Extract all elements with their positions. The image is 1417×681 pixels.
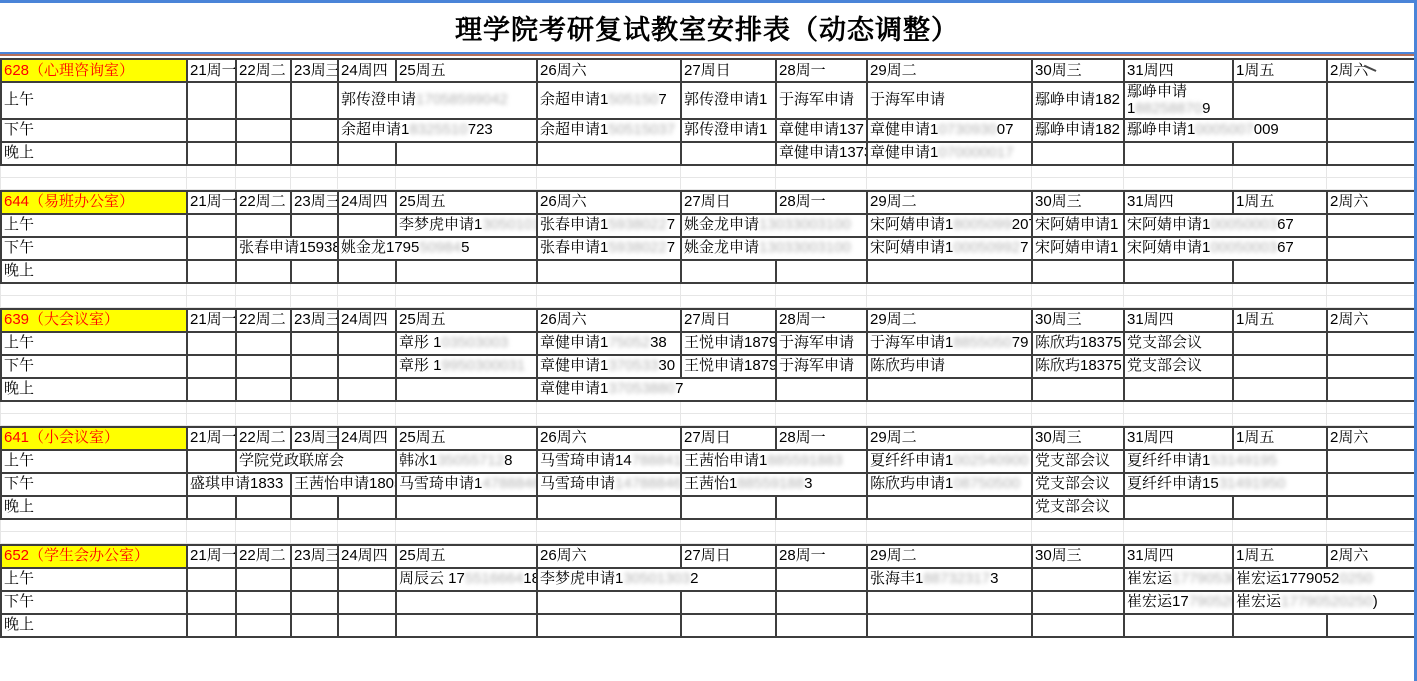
schedule-cell[interactable]	[187, 82, 236, 119]
room-name-cell[interactable]: 639（大会议室）	[1, 309, 187, 332]
schedule-cell[interactable]: 于海军申请1885505079	[867, 332, 1032, 355]
empty-grid-cell[interactable]	[776, 413, 867, 425]
empty-grid-cell[interactable]	[537, 284, 681, 296]
empty-grid-cell[interactable]	[1032, 531, 1124, 543]
day-header-cell[interactable]: 21周一	[187, 59, 236, 82]
day-header-cell[interactable]: 29周二	[867, 545, 1032, 568]
schedule-cell[interactable]: 鄢峥申请182	[1032, 119, 1124, 142]
empty-grid-cell[interactable]	[867, 413, 1032, 425]
day-header-cell[interactable]: 31周四	[1124, 309, 1233, 332]
schedule-cell[interactable]: 姚金龙1795509845	[338, 237, 537, 260]
day-header-cell[interactable]: 31周四	[1124, 191, 1233, 214]
schedule-cell[interactable]	[338, 142, 396, 165]
empty-grid-cell[interactable]	[1327, 295, 1415, 307]
empty-grid-cell[interactable]	[236, 520, 291, 532]
schedule-cell[interactable]	[1124, 260, 1233, 283]
schedule-cell[interactable]	[338, 214, 396, 237]
schedule-cell[interactable]: 宋阿婧申请18005099207	[867, 214, 1032, 237]
time-row-label[interactable]: 晚上	[1, 614, 187, 637]
day-header-cell[interactable]: 1周五	[1233, 309, 1327, 332]
schedule-cell[interactable]	[681, 496, 776, 519]
day-header-cell[interactable]: 24周四	[338, 309, 396, 332]
schedule-cell[interactable]	[396, 260, 537, 283]
schedule-cell[interactable]: 党支部会议	[1124, 332, 1233, 355]
empty-grid-cell[interactable]	[681, 177, 776, 189]
empty-grid-cell[interactable]	[776, 520, 867, 532]
schedule-cell[interactable]: 张春申请15938	[236, 237, 338, 260]
empty-grid-cell[interactable]	[1233, 402, 1327, 414]
empty-grid-cell[interactable]	[236, 177, 291, 189]
day-header-cell[interactable]: 22周二	[236, 191, 291, 214]
empty-grid-cell[interactable]	[1327, 177, 1415, 189]
schedule-cell[interactable]: 章健申请17505238	[537, 332, 681, 355]
schedule-cell[interactable]	[291, 214, 338, 237]
day-header-cell[interactable]: 31周四	[1124, 59, 1233, 82]
time-row-label[interactable]: 晚上	[1, 378, 187, 401]
schedule-cell[interactable]: 宋阿婧申请1	[1032, 237, 1124, 260]
empty-grid-cell[interactable]	[776, 166, 867, 178]
schedule-cell[interactable]	[291, 82, 338, 119]
schedule-cell[interactable]: 夏纤纤申请153149195	[1124, 450, 1327, 473]
day-header-cell[interactable]: 23周三	[291, 427, 338, 450]
empty-grid-cell[interactable]	[1032, 413, 1124, 425]
day-header-cell[interactable]: 23周三	[291, 309, 338, 332]
time-row-label[interactable]: 下午	[1, 473, 187, 496]
schedule-cell[interactable]	[338, 568, 396, 591]
empty-grid-cell[interactable]	[1327, 520, 1415, 532]
empty-grid-cell[interactable]	[291, 284, 338, 296]
schedule-cell[interactable]	[537, 591, 681, 614]
schedule-cell[interactable]	[1124, 142, 1233, 165]
empty-grid-cell[interactable]	[537, 413, 681, 425]
schedule-cell[interactable]: 盛琪申请1833	[187, 473, 291, 496]
schedule-cell[interactable]	[1327, 142, 1415, 165]
empty-grid-cell[interactable]	[1, 531, 187, 543]
empty-grid-cell[interactable]	[1327, 166, 1415, 178]
schedule-cell[interactable]	[1327, 119, 1415, 142]
schedule-cell[interactable]: 余超申请150515037	[537, 119, 681, 142]
schedule-cell[interactable]: 于海军申请	[776, 82, 867, 119]
schedule-cell[interactable]	[1327, 473, 1415, 496]
empty-grid-cell[interactable]	[867, 166, 1032, 178]
day-header-cell[interactable]: 25周五	[396, 427, 537, 450]
empty-grid-cell[interactable]	[1233, 177, 1327, 189]
empty-grid-cell[interactable]	[1, 413, 187, 425]
empty-grid-cell[interactable]	[1032, 295, 1124, 307]
schedule-cell[interactable]	[1233, 82, 1327, 119]
empty-grid-cell[interactable]	[338, 531, 396, 543]
day-header-cell[interactable]: 23周三	[291, 545, 338, 568]
schedule-cell[interactable]: 章健申请137	[776, 119, 867, 142]
schedule-cell[interactable]: 夏纤纤申请1531491950	[1124, 473, 1327, 496]
day-header-cell[interactable]: 27周日	[681, 309, 776, 332]
schedule-cell[interactable]	[1327, 614, 1415, 637]
empty-grid-cell[interactable]	[396, 295, 537, 307]
day-header-cell[interactable]: 30周三	[1032, 59, 1124, 82]
empty-grid-cell[interactable]	[1032, 402, 1124, 414]
schedule-cell[interactable]: 崔宏运177905202	[1124, 591, 1233, 614]
schedule-cell[interactable]	[776, 260, 867, 283]
schedule-cell[interactable]	[291, 355, 338, 378]
empty-grid-cell[interactable]	[291, 413, 338, 425]
schedule-cell[interactable]	[291, 378, 338, 401]
schedule-cell[interactable]: 张海丰1887323173	[867, 568, 1032, 591]
schedule-cell[interactable]	[681, 591, 776, 614]
schedule-cell[interactable]: 王茜怡1885591883	[681, 473, 867, 496]
schedule-cell[interactable]: 陈欣玙18375	[1032, 355, 1124, 378]
schedule-cell[interactable]	[681, 260, 776, 283]
empty-grid-cell[interactable]	[338, 295, 396, 307]
empty-grid-cell[interactable]	[187, 284, 236, 296]
empty-grid-cell[interactable]	[681, 166, 776, 178]
empty-grid-cell[interactable]	[1124, 402, 1233, 414]
schedule-cell[interactable]	[776, 614, 867, 637]
schedule-cell[interactable]: 鄢峥申请182	[1032, 82, 1124, 119]
schedule-cell[interactable]: 章彤 19950300031	[396, 355, 537, 378]
schedule-cell[interactable]	[776, 568, 867, 591]
empty-grid-cell[interactable]	[187, 295, 236, 307]
schedule-cell[interactable]: 于海军申请	[867, 82, 1032, 119]
schedule-cell[interactable]	[1124, 614, 1233, 637]
day-header-cell[interactable]: 24周四	[338, 427, 396, 450]
empty-grid-cell[interactable]	[1233, 166, 1327, 178]
day-header-cell[interactable]: 22周二	[236, 545, 291, 568]
day-header-cell[interactable]: 29周二	[867, 309, 1032, 332]
empty-grid-cell[interactable]	[236, 413, 291, 425]
schedule-cell[interactable]	[187, 450, 236, 473]
empty-grid-cell[interactable]	[1032, 520, 1124, 532]
empty-grid-cell[interactable]	[1233, 531, 1327, 543]
schedule-cell[interactable]: 余超申请18325510723	[338, 119, 537, 142]
empty-grid-cell[interactable]	[1, 177, 187, 189]
time-row-label[interactable]: 下午	[1, 591, 187, 614]
schedule-cell[interactable]	[236, 332, 291, 355]
schedule-cell[interactable]	[396, 142, 537, 165]
day-header-cell[interactable]: 22周二	[236, 427, 291, 450]
schedule-cell[interactable]: 宋阿婧申请1000509927	[867, 237, 1032, 260]
empty-grid-cell[interactable]	[236, 531, 291, 543]
empty-grid-cell[interactable]	[187, 520, 236, 532]
schedule-cell[interactable]	[1032, 614, 1124, 637]
day-header-cell[interactable]: 30周三	[1032, 309, 1124, 332]
schedule-cell[interactable]	[291, 260, 338, 283]
schedule-cell[interactable]	[187, 237, 236, 260]
schedule-cell[interactable]	[1327, 496, 1415, 519]
schedule-cell[interactable]	[396, 496, 537, 519]
schedule-cell[interactable]	[867, 614, 1032, 637]
empty-grid-cell[interactable]	[776, 531, 867, 543]
schedule-cell[interactable]: 李梦虎申请130501012	[396, 214, 537, 237]
schedule-cell[interactable]	[236, 119, 291, 142]
day-header-cell[interactable]: 24周四	[338, 545, 396, 568]
empty-grid-cell[interactable]	[338, 166, 396, 178]
empty-grid-cell[interactable]	[1, 166, 187, 178]
empty-grid-cell[interactable]	[338, 402, 396, 414]
empty-grid-cell[interactable]	[537, 520, 681, 532]
schedule-cell[interactable]: 周辰云 17551666418	[396, 568, 537, 591]
schedule-cell[interactable]	[338, 332, 396, 355]
schedule-cell[interactable]	[396, 614, 537, 637]
schedule-cell[interactable]	[236, 591, 291, 614]
day-header-cell[interactable]: 25周五	[396, 309, 537, 332]
schedule-cell[interactable]	[187, 591, 236, 614]
schedule-cell[interactable]	[187, 614, 236, 637]
schedule-cell[interactable]: 崔宏运17790520250)	[1233, 591, 1415, 614]
day-header-cell[interactable]: 27周日	[681, 545, 776, 568]
empty-grid-cell[interactable]	[1327, 402, 1415, 414]
empty-grid-cell[interactable]	[1, 295, 187, 307]
empty-grid-cell[interactable]	[537, 531, 681, 543]
day-header-cell[interactable]: 31周四	[1124, 427, 1233, 450]
day-header-cell[interactable]: 31周四	[1124, 545, 1233, 568]
schedule-cell[interactable]: 姚金龙申请13033003100	[681, 237, 867, 260]
time-row-label[interactable]: 上午	[1, 450, 187, 473]
schedule-cell[interactable]: 郭传澄申请1	[681, 119, 776, 142]
day-header-cell[interactable]: 25周五	[396, 191, 537, 214]
schedule-cell[interactable]	[291, 568, 338, 591]
schedule-cell[interactable]	[537, 142, 681, 165]
schedule-cell[interactable]	[1327, 378, 1415, 401]
schedule-cell[interactable]	[236, 614, 291, 637]
schedule-cell[interactable]: 宋阿婧申请10005000367	[1124, 214, 1327, 237]
empty-grid-cell[interactable]	[867, 531, 1032, 543]
empty-grid-cell[interactable]	[396, 284, 537, 296]
schedule-cell[interactable]	[338, 614, 396, 637]
day-header-cell[interactable]: 25周五	[396, 545, 537, 568]
schedule-cell[interactable]	[187, 568, 236, 591]
schedule-cell[interactable]: 党支部会议	[1124, 355, 1233, 378]
empty-grid-cell[interactable]	[291, 531, 338, 543]
day-header-cell[interactable]: 24周四	[338, 191, 396, 214]
schedule-cell[interactable]	[1327, 82, 1415, 119]
empty-grid-cell[interactable]	[1124, 413, 1233, 425]
empty-grid-cell[interactable]	[236, 284, 291, 296]
schedule-cell[interactable]: 郭传澄申请1	[681, 82, 776, 119]
empty-grid-cell[interactable]	[291, 177, 338, 189]
schedule-cell[interactable]	[1032, 378, 1124, 401]
schedule-cell[interactable]: 崔宏运17790530	[1124, 568, 1233, 591]
time-row-label[interactable]: 晚上	[1, 142, 187, 165]
schedule-cell[interactable]: 章彤 103503003	[396, 332, 537, 355]
empty-grid-cell[interactable]	[681, 520, 776, 532]
day-header-cell[interactable]: 2周六	[1327, 309, 1415, 332]
empty-grid-cell[interactable]	[537, 295, 681, 307]
empty-grid-cell[interactable]	[338, 520, 396, 532]
day-header-cell[interactable]: 2周六	[1327, 191, 1415, 214]
empty-grid-cell[interactable]	[776, 284, 867, 296]
time-row-label[interactable]: 晚上	[1, 260, 187, 283]
empty-grid-cell[interactable]	[681, 284, 776, 296]
schedule-cell[interactable]: 陈欣玙申请108750500	[867, 473, 1032, 496]
schedule-cell[interactable]	[291, 496, 338, 519]
schedule-cell[interactable]: 马雪琦申请14788841	[537, 450, 681, 473]
empty-grid-cell[interactable]	[236, 166, 291, 178]
day-header-cell[interactable]: 29周二	[867, 191, 1032, 214]
room-name-cell[interactable]: 628（心理咨询室）	[1, 59, 187, 82]
schedule-cell[interactable]: 章健申请1070000017	[867, 142, 1032, 165]
day-header-cell[interactable]: 21周一	[187, 427, 236, 450]
schedule-cell[interactable]	[236, 568, 291, 591]
schedule-cell[interactable]	[1327, 214, 1415, 237]
schedule-cell[interactable]: 于海军申请	[776, 355, 867, 378]
schedule-cell[interactable]: 学院党政联席会	[236, 450, 396, 473]
day-header-cell[interactable]: 26周六	[537, 545, 681, 568]
empty-grid-cell[interactable]	[1, 520, 187, 532]
day-header-cell[interactable]: 1周五	[1233, 545, 1327, 568]
empty-grid-cell[interactable]	[187, 531, 236, 543]
day-header-cell[interactable]: 27周日	[681, 191, 776, 214]
empty-grid-cell[interactable]	[1124, 166, 1233, 178]
empty-grid-cell[interactable]	[681, 413, 776, 425]
schedule-cell[interactable]: 余超申请15051507	[537, 82, 681, 119]
schedule-cell[interactable]	[1124, 496, 1233, 519]
schedule-cell[interactable]	[291, 332, 338, 355]
schedule-cell[interactable]: 章健申请1373	[776, 142, 867, 165]
day-header-cell[interactable]: 24周四	[338, 59, 396, 82]
schedule-cell[interactable]	[776, 591, 867, 614]
empty-grid-cell[interactable]	[1, 402, 187, 414]
schedule-cell[interactable]	[1032, 142, 1124, 165]
empty-grid-cell[interactable]	[867, 520, 1032, 532]
schedule-cell[interactable]	[1327, 332, 1415, 355]
time-row-label[interactable]: 上午	[1, 332, 187, 355]
schedule-cell[interactable]: 陈欣玙18375	[1032, 332, 1124, 355]
room-name-cell[interactable]: 644（易班办公室）	[1, 191, 187, 214]
room-name-cell[interactable]: 652（学生会办公室）	[1, 545, 187, 568]
day-header-cell[interactable]: 28周一	[776, 191, 867, 214]
empty-grid-cell[interactable]	[1032, 284, 1124, 296]
schedule-cell[interactable]	[187, 378, 236, 401]
schedule-cell[interactable]	[236, 214, 291, 237]
time-row-label[interactable]: 上午	[1, 82, 187, 119]
schedule-cell[interactable]	[236, 260, 291, 283]
schedule-cell[interactable]	[1032, 568, 1124, 591]
schedule-cell[interactable]	[867, 378, 1032, 401]
empty-grid-cell[interactable]	[776, 295, 867, 307]
schedule-cell[interactable]: 于海军申请	[776, 332, 867, 355]
schedule-cell[interactable]	[1233, 142, 1327, 165]
schedule-cell[interactable]: 宋阿婧申请1	[1032, 214, 1124, 237]
schedule-cell[interactable]	[236, 142, 291, 165]
day-header-cell[interactable]: 30周三	[1032, 191, 1124, 214]
schedule-cell[interactable]	[187, 260, 236, 283]
schedule-cell[interactable]: 张春申请159380227	[537, 214, 681, 237]
empty-grid-cell[interactable]	[396, 531, 537, 543]
schedule-cell[interactable]: 章健申请1073093007	[867, 119, 1032, 142]
day-header-cell[interactable]: 26周六	[537, 191, 681, 214]
empty-grid-cell[interactable]	[396, 166, 537, 178]
schedule-cell[interactable]: 马雪琦申请14788846	[396, 473, 537, 496]
schedule-cell[interactable]	[187, 332, 236, 355]
schedule-cell[interactable]	[1233, 496, 1327, 519]
day-header-cell[interactable]: 23周三	[291, 59, 338, 82]
day-header-cell[interactable]: 28周一	[776, 59, 867, 82]
schedule-cell[interactable]: 夏纤纤申请1002540900	[867, 450, 1032, 473]
schedule-cell[interactable]: 陈欣玙申请	[867, 355, 1032, 378]
schedule-cell[interactable]	[1032, 591, 1124, 614]
day-header-cell[interactable]: 21周一	[187, 545, 236, 568]
day-header-cell[interactable]: 23周三	[291, 191, 338, 214]
schedule-cell[interactable]	[236, 378, 291, 401]
day-header-cell[interactable]: 29周二	[867, 427, 1032, 450]
day-header-cell[interactable]: 28周一	[776, 545, 867, 568]
schedule-cell[interactable]	[1327, 260, 1415, 283]
empty-grid-cell[interactable]	[1327, 531, 1415, 543]
schedule-cell[interactable]: 郭传澄申请17058599042	[338, 82, 537, 119]
day-header-cell[interactable]: 30周三	[1032, 545, 1124, 568]
empty-grid-cell[interactable]	[1124, 284, 1233, 296]
schedule-cell[interactable]	[236, 355, 291, 378]
empty-grid-cell[interactable]	[236, 402, 291, 414]
empty-grid-cell[interactable]	[187, 413, 236, 425]
empty-grid-cell[interactable]	[1233, 413, 1327, 425]
schedule-cell[interactable]	[1327, 237, 1415, 260]
schedule-cell[interactable]: 王悦申请1879	[681, 332, 776, 355]
schedule-cell[interactable]	[338, 355, 396, 378]
day-header-cell[interactable]: 28周一	[776, 309, 867, 332]
schedule-cell[interactable]	[291, 591, 338, 614]
day-header-cell[interactable]: 2周六	[1327, 545, 1415, 568]
schedule-cell[interactable]	[1124, 378, 1233, 401]
day-header-cell[interactable]: 21周一	[187, 309, 236, 332]
empty-grid-cell[interactable]	[1327, 413, 1415, 425]
schedule-cell[interactable]: 鄢峥申请1882588709	[1124, 82, 1233, 119]
schedule-cell[interactable]: 姚金龙申请13033003100	[681, 214, 867, 237]
empty-grid-cell[interactable]	[291, 402, 338, 414]
schedule-cell[interactable]	[867, 591, 1032, 614]
empty-grid-cell[interactable]	[1233, 284, 1327, 296]
day-header-cell[interactable]: 1周五	[1233, 59, 1327, 82]
schedule-cell[interactable]	[187, 142, 236, 165]
empty-grid-cell[interactable]	[187, 166, 236, 178]
empty-grid-cell[interactable]	[396, 413, 537, 425]
day-header-cell[interactable]: 26周六	[537, 309, 681, 332]
schedule-cell[interactable]	[187, 355, 236, 378]
empty-grid-cell[interactable]	[291, 295, 338, 307]
schedule-cell[interactable]	[867, 260, 1032, 283]
empty-grid-cell[interactable]	[537, 166, 681, 178]
empty-grid-cell[interactable]	[291, 520, 338, 532]
schedule-cell[interactable]	[776, 378, 867, 401]
empty-grid-cell[interactable]	[867, 295, 1032, 307]
schedule-cell[interactable]: 宋阿婧申请10005000367	[1124, 237, 1327, 260]
schedule-cell[interactable]: 党支部会议	[1032, 450, 1124, 473]
day-header-cell[interactable]: 21周一	[187, 191, 236, 214]
schedule-cell[interactable]: 王茜怡申请1805	[291, 473, 396, 496]
empty-grid-cell[interactable]	[867, 284, 1032, 296]
empty-grid-cell[interactable]	[236, 295, 291, 307]
day-header-cell[interactable]: 28周一	[776, 427, 867, 450]
schedule-cell[interactable]	[187, 496, 236, 519]
empty-grid-cell[interactable]	[1233, 295, 1327, 307]
schedule-cell[interactable]: 章健申请137053330	[537, 355, 681, 378]
schedule-cell[interactable]: 党支部会议	[1032, 473, 1124, 496]
empty-grid-cell[interactable]	[776, 177, 867, 189]
empty-grid-cell[interactable]	[867, 402, 1032, 414]
day-header-cell[interactable]: 1周五	[1233, 191, 1327, 214]
schedule-cell[interactable]	[291, 119, 338, 142]
empty-grid-cell[interactable]	[537, 402, 681, 414]
schedule-cell[interactable]: 王悦申请1879	[681, 355, 776, 378]
schedule-cell[interactable]: 李梦虎申请1305013032	[537, 568, 776, 591]
empty-grid-cell[interactable]	[187, 177, 236, 189]
time-row-label[interactable]: 下午	[1, 119, 187, 142]
empty-grid-cell[interactable]	[681, 531, 776, 543]
schedule-cell[interactable]	[1233, 260, 1327, 283]
schedule-cell[interactable]: 韩冰1350557128	[396, 450, 537, 473]
time-row-label[interactable]: 晚上	[1, 496, 187, 519]
schedule-cell[interactable]: 党支部会议	[1032, 496, 1124, 519]
